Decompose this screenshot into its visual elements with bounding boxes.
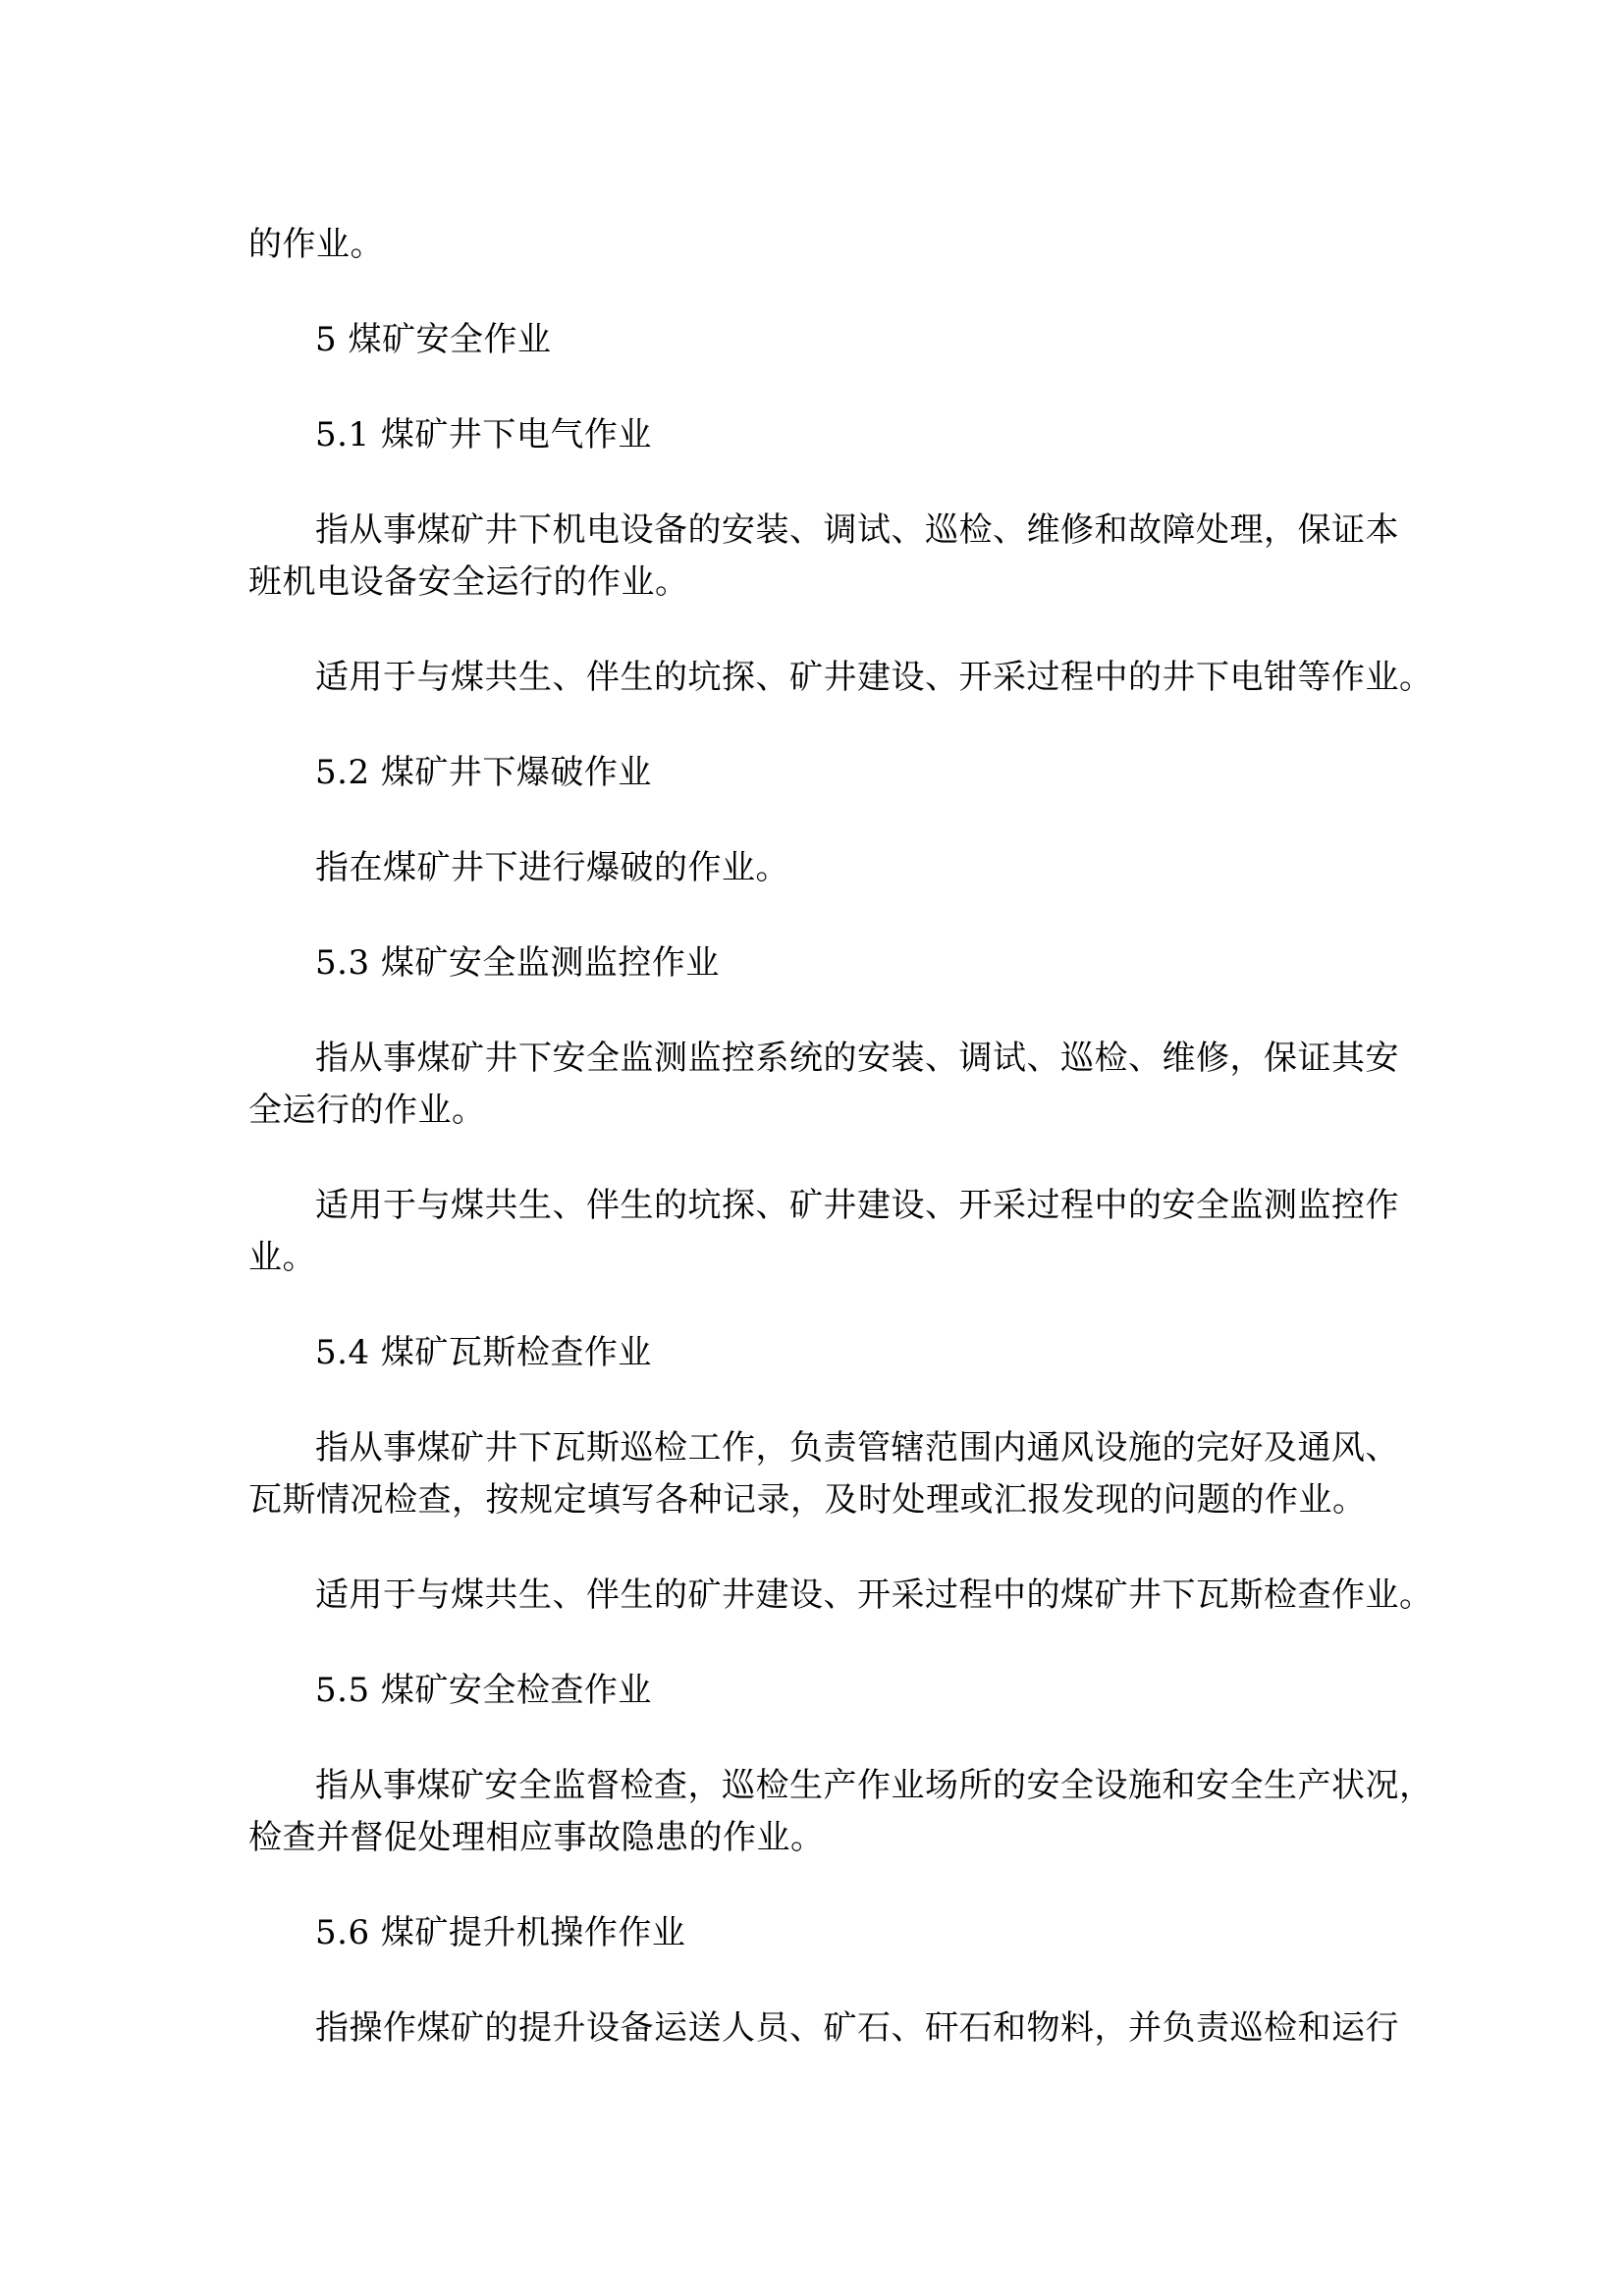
heading-section-5-2: 5.2 煤矿井下爆破作业	[248, 747, 1388, 799]
para-5-5-definition-line-2: 检查并督促处理相应事故隐患的作业。	[248, 1812, 1388, 1864]
para-5-3-scope-line-2: 业。	[248, 1232, 1388, 1284]
para-5-6-definition-line-1: 指操作煤矿的提升设备运送人员、矿石、矸石和物料，并负责巡检和运行	[248, 2002, 1388, 2055]
heading-section-5-6: 5.6 煤矿提升机操作作业	[248, 1907, 1388, 1959]
heading-section-5-4: 5.4 煤矿瓦斯检查作业	[248, 1327, 1388, 1379]
para-5-5-definition-line-1: 指从事煤矿安全监督检查，巡检生产作业场所的安全设施和安全生产状况，	[248, 1760, 1388, 1812]
heading-section-5-3: 5.3 煤矿安全监测监控作业	[248, 937, 1388, 989]
para-5-3-definition-line-2: 全运行的作业。	[248, 1085, 1388, 1137]
para-5-2-definition-line: 指在煤矿井下进行爆破的作业。	[248, 842, 1388, 894]
heading-section-5-5: 5.5 煤矿安全检查作业	[248, 1665, 1388, 1717]
para-5-3-definition-line-1: 指从事煤矿井下安全监测监控系统的安装、调试、巡检、维修，保证其安	[248, 1033, 1388, 1085]
para-5-4-definition-line-2: 瓦斯情况检查，按规定填写各种记录，及时处理或汇报发现的问题的作业。	[248, 1474, 1388, 1526]
para-5-1-definition-line-1: 指从事煤矿井下机电设备的安装、调试、巡检、维修和故障处理，保证本	[248, 505, 1388, 557]
para-5-4-definition-line-1: 指从事煤矿井下瓦斯巡检工作，负责管辖范围内通风设施的完好及通风、	[248, 1422, 1388, 1474]
para-5-4-scope-line: 适用于与煤共生、伴生的矿井建设、开采过程中的煤矿井下瓦斯检查作业。	[248, 1570, 1388, 1622]
para-5-3-scope-line-1: 适用于与煤共生、伴生的坑探、矿井建设、开采过程中的安全监测监控作	[248, 1180, 1388, 1232]
heading-section-5-1: 5.1 煤矿井下电气作业	[248, 409, 1388, 461]
para-5-1-definition-line-2: 班机电设备安全运行的作业。	[248, 557, 1388, 609]
continuation-line: 的作业。	[248, 219, 1388, 271]
document-page: 的作业。 5 煤矿安全作业 5.1 煤矿井下电气作业 指从事煤矿井下机电设备的安…	[0, 0, 1624, 2296]
heading-section-5: 5 煤矿安全作业	[248, 314, 1388, 366]
para-5-1-scope-line: 适用于与煤共生、伴生的坑探、矿井建设、开采过程中的井下电钳等作业。	[248, 652, 1388, 704]
